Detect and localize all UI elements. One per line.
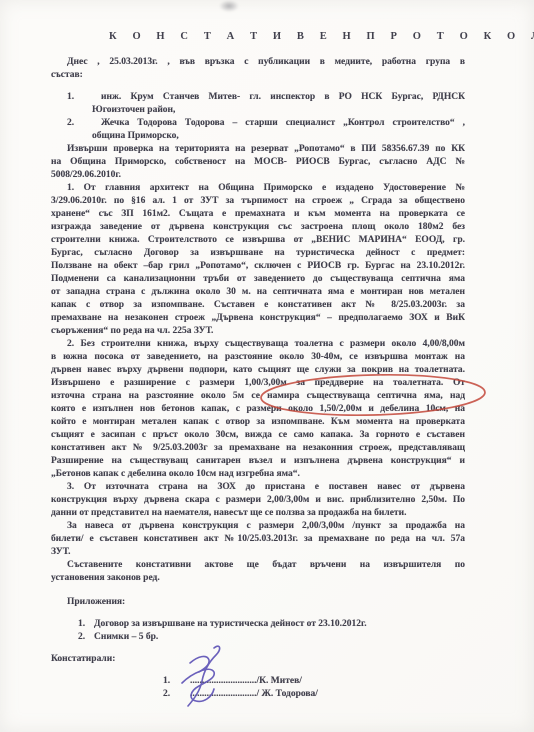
document-body: Днес , 25.03.2013г. , във връзка с публи… [51,56,465,701]
text-line: За навеса от дървена конструкция с разме… [51,520,465,533]
text-line: билети/ е съставен констативен акт №10/2… [51,533,465,546]
scanned-document-page: К О Н С Т А Т И В Е Н П Р О Т О К О Л Дн… [0,0,534,732]
list-number: 1. [78,618,94,631]
list-text: Договор за извършване на туристическа де… [94,619,367,629]
text-line: строителни книжа. Строителството се извъ… [51,234,465,247]
list-number: 1. [163,675,190,688]
text-line: който е монтиран метален капак с отвор з… [51,416,465,429]
text-line: която е изпълнен нов бетонов капак, с ра… [51,403,465,416]
signature-line: 1............................./К. Митев/ [51,675,465,688]
text-line: ЗУТ. [51,546,465,559]
text-line: данни от представител на наемателя, наве… [51,507,465,520]
text-line: премахване на незаконен строеж „Дървена … [51,312,465,325]
list-number: 1. [67,91,101,104]
text-line: от западна страна с дължина около 30 м. … [51,286,465,299]
text-line: състав: [51,69,465,82]
text-line: изгражда заведение от дървена конструкци… [51,221,465,234]
text-line: хранене“ със ЗП 161м2. Същата е премахна… [51,208,465,221]
list-text: ............................/ Ж. Тодоров… [190,689,318,699]
text-line: дървен навес върху дървени подпори, като… [51,364,465,377]
text-line: източна страна на разстояние около 5м се… [51,390,465,403]
text-line: капак с отвор за изпомпване. Съставен е … [51,299,465,312]
text-line: установения законов ред. [51,572,465,585]
text-line: 3. От източната страна на ЗОХ до пристан… [51,481,465,494]
text-line: Приложения: [51,596,465,609]
text-line: Бургас, съгласно Договор за извършване н… [51,247,465,260]
text-line: Извърши проверка на територията на резер… [51,143,465,156]
text-line: „Бетонов капак с дебелина около 10см над… [51,468,465,481]
text-line: Югоизточен район, [51,104,465,117]
list-number: 2. [67,117,101,130]
text-line: Съставените констативни актове ще бъдат … [51,559,465,572]
text-line: Днес , 25.03.2013г. , във връзка с публи… [51,56,465,69]
text-line: община Приморско, [51,130,465,143]
text-line: 1. От главния архитект на Община Приморс… [51,182,465,195]
list-text: ............................/К. Митев/ [190,676,302,686]
attachment-item: 1.Договор за извършване на туристическа … [51,618,465,631]
text-line: констативен акт № 9/25.03.2003г за према… [51,442,465,455]
page-title: К О Н С Т А Т И В Е Н П Р О Т О К О Л [51,30,465,44]
text-line: Ползване на обект –бар грил „Ропотамо“, … [51,260,465,273]
text-line: 2. Без строителни книжа, върху съществув… [51,338,465,351]
document-content: К О Н С Т А Т И В Е Н П Р О Т О К О Л Дн… [51,30,465,701]
list-text: Жечка Тодорова Тодорова – старши специал… [101,118,465,128]
text-line: Подменени са канализационни тръби от зав… [51,273,465,286]
list-text: Снимки – 5 бр. [94,632,158,642]
text-line: Разширение на съществуващ санитарен възе… [51,455,465,468]
list-text: инж. Крум Станчев Митев- гл. инспектор в… [101,92,465,102]
text-line: Констатирали: [51,653,465,666]
text-line: 2.Жечка Тодорова Тодорова – старши специ… [51,117,465,130]
list-number: 2. [163,688,190,701]
text-line: на Община Приморско, собственост на МОСВ… [51,156,465,169]
text-line: конструкция върху дървена скара с размер… [51,494,465,507]
list-number: 2. [78,631,94,644]
attachment-item: 2.Снимки – 5 бр. [51,631,465,644]
text-line: 1.инж. Крум Станчев Митев- гл. инспектор… [51,91,465,104]
text-line: същият е засипан с пръст около 30см, виж… [51,429,465,442]
text-line: 5008/29.06.2010г. [51,169,465,182]
scan-smudge [219,0,239,12]
text-line: 3/29.06.2010г. по §16 ал. 1 от ЗУТ за тъ… [51,195,465,208]
signature-line: 2............................./ Ж. Тодор… [51,688,465,701]
text-line: в южна посока от заведението, на разстоя… [51,351,465,364]
text-line: съоръжения“ по реда на чл. 225а ЗУТ. [51,325,465,338]
text-line: Извършено е разширение с размери 1,00/3,… [51,377,465,390]
